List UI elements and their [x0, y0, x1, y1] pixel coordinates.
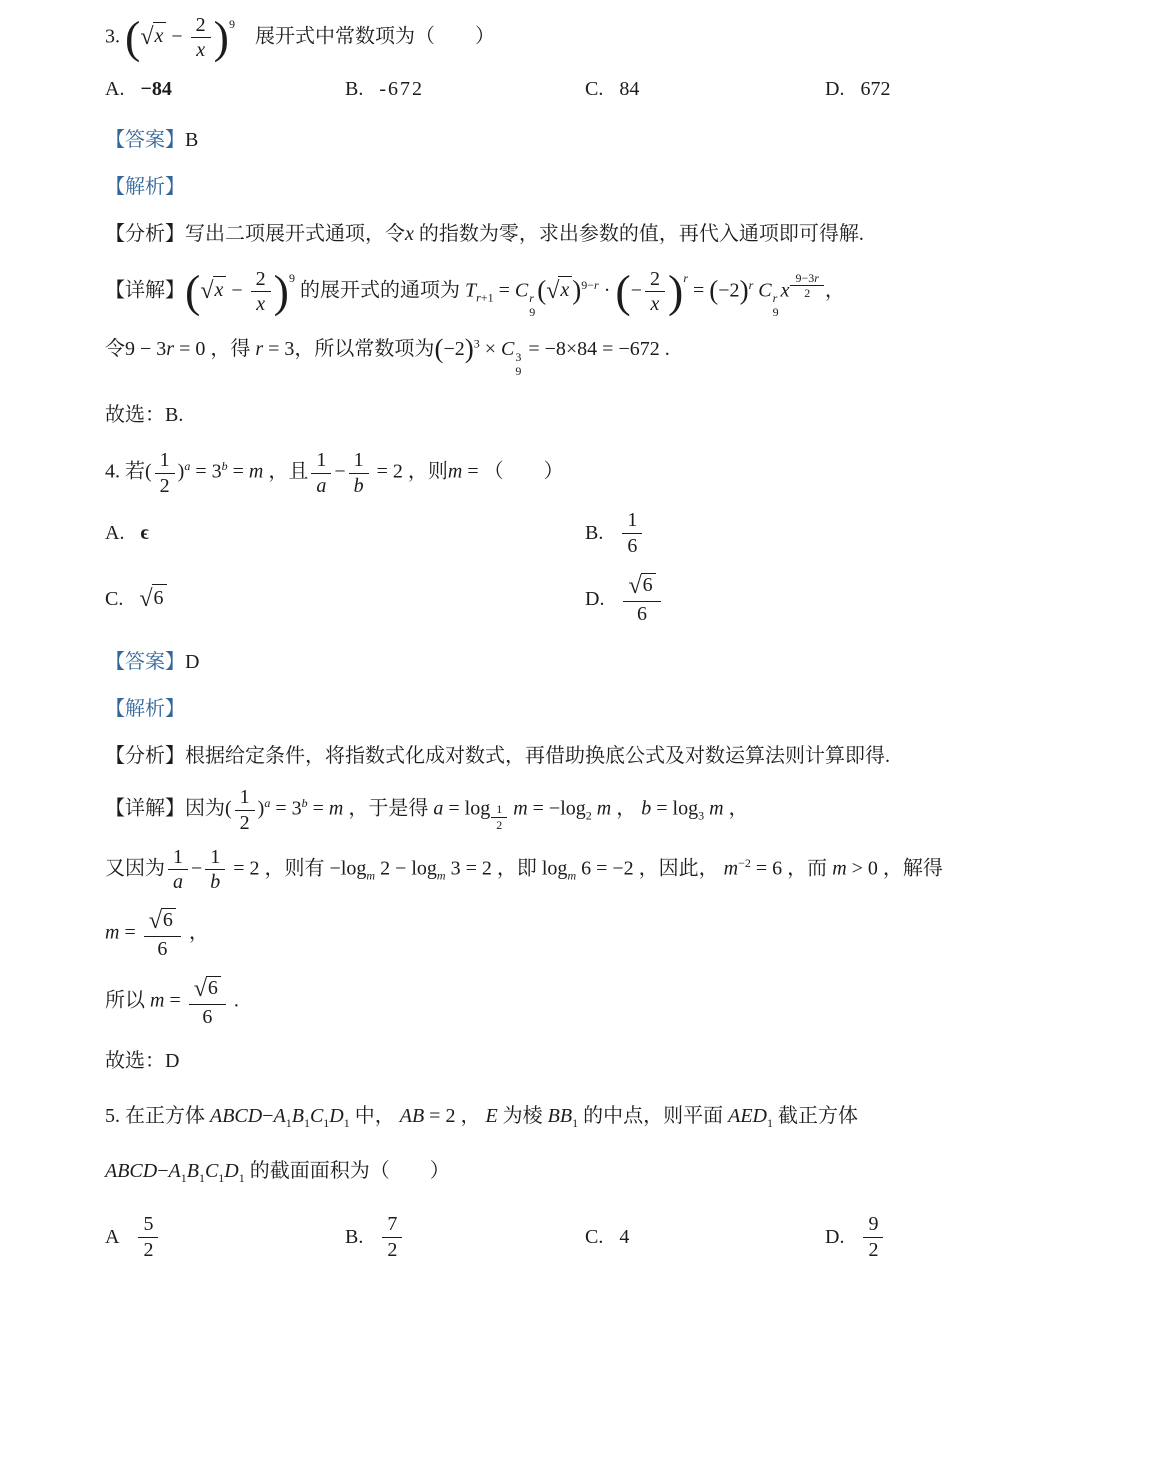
q3-conclusion-line: 故选：B. [105, 402, 1082, 429]
option-label: C. [105, 586, 123, 613]
option-value: -672 [379, 76, 424, 103]
q4-detail-line-3: m = √66 ， [105, 908, 1082, 960]
q4-answer-line: 【答案】D [105, 649, 1082, 676]
q3-option-d: D. 672 [825, 76, 890, 103]
q4-option-b: B. 16 [585, 509, 645, 557]
q4-option-d: D. √66 [585, 573, 664, 625]
q3-option-b: B. -672 [345, 76, 585, 103]
q4-options-row-1: A. ϵ B. 16 [105, 509, 1082, 557]
q3-step-line: 令9 − 3r = 0 ，得 r = 3，所以常数项为(−2)3 × C39 =… [105, 336, 1082, 379]
option-value: 16 [619, 509, 645, 557]
q3-detail-line: 【详解】(√x − 2x)9 的展开式的通项为 Tr+1 = Cr9(√x)9−… [105, 268, 1082, 320]
option-value: 672 [860, 76, 890, 103]
option-value: 72 [379, 1213, 405, 1261]
option-label: D. [825, 1224, 844, 1251]
option-value: 4 [619, 1224, 629, 1251]
q5-option-c: C. 4 [585, 1224, 825, 1251]
q4-detail-line-1: 【详解】因为(12)a = 3b = m ，于是得 a = log12 m = … [105, 786, 1082, 834]
option-label: A [105, 1224, 119, 1251]
q5-option-d: D. 92 [825, 1213, 886, 1261]
question-3: 3. (√x − 2x)9 展开式中常数项为（ ） A. −84 B. -672… [105, 14, 1082, 429]
option-label: B. [345, 1224, 363, 1251]
option-value: −84 [140, 76, 171, 103]
option-label: A. [105, 520, 124, 547]
q5-stem-line-2: ABCD−A1B1C1D1 的截面面积为（ ） [105, 1158, 1082, 1185]
q3-options: A. −84 B. -672 C. 84 D. 672 [105, 76, 1082, 103]
jiexi-label: 【解析】 [105, 698, 185, 720]
q5-options: A 52 B. 72 C. 4 D. 92 [105, 1213, 1082, 1261]
answer-value: D [185, 651, 199, 673]
q4-conclusion-line: 故选：D [105, 1048, 1082, 1075]
q4-stem: 4. 若(12)a = 3b = m ，且1a−1b = 2 ，则m = （ ） [105, 449, 1082, 497]
exam-page: 3. (√x − 2x)9 展开式中常数项为（ ） A. −84 B. -672… [0, 0, 1170, 1261]
q4-detail-line-4: 所以 m = √66 . [105, 976, 1082, 1028]
answer-value: B [185, 129, 198, 151]
q4-detail-line-2: 又因为1a−1b = 2 ，则有 −logm 2 − logm 3 = 2 ，即… [105, 846, 1082, 894]
question-5: 5. 在正方体 ABCD−A1B1C1D1 中， AB = 2 ， E 为棱 B… [105, 1103, 1082, 1261]
question-4: 4. 若(12)a = 3b = m ，且1a−1b = 2 ，则m = （ ）… [105, 449, 1082, 1075]
option-value: ϵ [140, 520, 148, 547]
q3-option-a: A. −84 [105, 76, 345, 103]
q4-analysis-line: 【分析】根据给定条件，将指数式化成对数式，再借助换底公式及对数运算法则计算即得. [105, 743, 1082, 770]
q4-option-c: C. √6 [105, 583, 585, 615]
jiexi-label: 【解析】 [105, 176, 185, 198]
q5-option-a: A 52 [105, 1213, 345, 1261]
answer-label: 【答案】 [105, 129, 185, 151]
option-label: B. [345, 76, 363, 103]
q3-stem: 3. (√x − 2x)9 展开式中常数项为（ ） [105, 14, 1082, 62]
option-value: 52 [135, 1213, 161, 1261]
option-label: B. [585, 520, 603, 547]
option-label: C. [585, 76, 603, 103]
q5-option-b: B. 72 [345, 1213, 585, 1261]
answer-label: 【答案】 [105, 651, 185, 673]
option-value: 92 [860, 1213, 886, 1261]
q3-analysis-line: 【分析】写出二项展开式通项，令x 的指数为零，求出参数的值，再代入通项即可得解. [105, 221, 1082, 248]
q3-option-c: C. 84 [585, 76, 825, 103]
option-label: D. [825, 76, 844, 103]
option-value: 84 [619, 76, 639, 103]
q4-options-row-2: C. √6 D. √66 [105, 573, 1082, 625]
option-label: A. [105, 76, 124, 103]
option-label: D. [585, 586, 604, 613]
option-value: √66 [620, 573, 663, 625]
q4-option-a: A. ϵ [105, 520, 585, 547]
option-value: √6 [139, 583, 166, 615]
q5-stem-line-1: 5. 在正方体 ABCD−A1B1C1D1 中， AB = 2 ， E 为棱 B… [105, 1103, 1082, 1130]
option-label: C. [585, 1224, 603, 1251]
q4-jiexi-line: 【解析】 [105, 696, 1082, 723]
q3-jiexi-line: 【解析】 [105, 174, 1082, 201]
q3-answer-line: 【答案】B [105, 127, 1082, 154]
